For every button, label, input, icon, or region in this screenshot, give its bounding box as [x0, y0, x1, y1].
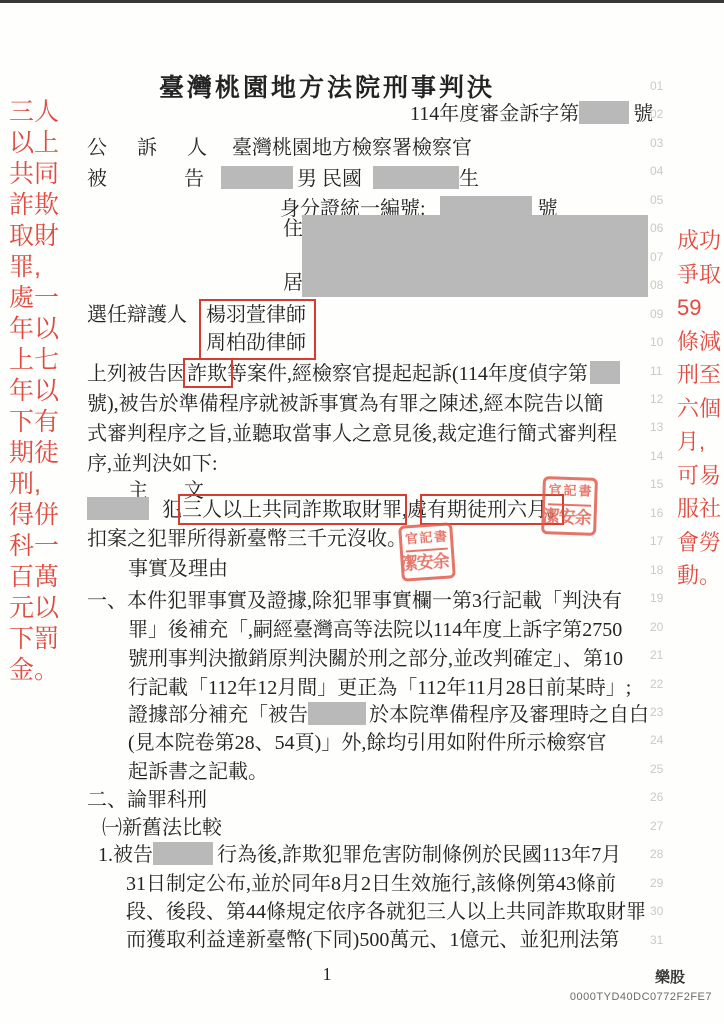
spacer: [207, 153, 232, 154]
text-segment: 證據部分補充「被告: [128, 702, 308, 729]
text-segment: 住: [283, 216, 303, 243]
body-line-14: 序,並判決如下:: [87, 451, 218, 478]
line-number: 31: [650, 926, 672, 954]
line-number: 30: [650, 897, 672, 925]
text-segment: 行記載「112年12月間」更正為「112年11月28日前某時」;: [128, 675, 631, 702]
text-segment: 臺灣桃園地方檢察署檢察官: [232, 135, 472, 162]
line-number: 18: [650, 556, 672, 584]
spacer: [149, 515, 162, 516]
line-number: 19: [650, 584, 672, 612]
text-segment: 式審判程序之旨,並聽取當事人之意見後,裁定進行簡式審判程: [87, 421, 617, 448]
text-segment: 訴: [137, 135, 157, 162]
text-segment: ㈠新舊法比較: [102, 815, 222, 842]
body-line-28: 1.被告行為後,詐欺犯罪危害防制條例於民國113年7月: [98, 842, 621, 869]
text-segment: 行為後,詐欺犯罪危害防制條例於民國113年7月: [217, 842, 621, 869]
spacer: [362, 184, 373, 185]
text-segment: 31日制定公布,並於同年8月2日生效施行,該條例第43條前: [126, 871, 616, 898]
scanned-judgment-page: 臺灣桃園地方法院刑事判決 114年度審金訴字第號公訴人臺灣桃園地方檢察署檢察官被…: [0, 0, 724, 1024]
body-line-27: ㈠新舊法比較: [102, 815, 222, 842]
text-segment: 民國: [322, 166, 362, 193]
body-line-03: 公訴人臺灣桃園地方檢察署檢察官: [87, 135, 472, 162]
stamp-name-seal: 余安潔: [547, 503, 591, 530]
body-line-19: 一、本件犯罪事實及證據,除犯罪事實欄一第3行記載「判決有: [87, 588, 622, 615]
body-line-26: 二、論罪科刑: [87, 787, 207, 814]
text-segment: 1.被告: [98, 842, 153, 869]
text-segment: 事實及理由: [128, 556, 228, 583]
line-number: 02: [650, 100, 672, 128]
stamp-title-text: 書記官: [548, 481, 592, 499]
highlight-box-fraud-charge: [183, 358, 233, 388]
spacer: [157, 153, 187, 154]
footer-document-code: 0000TYD40DC0772F2FE7: [0, 991, 712, 1003]
margin-annotation-right: 成功爭取59條減刑至六個月,可易服社會勞動。: [677, 224, 722, 593]
text-segment: 一、本件犯罪事實及證據,除犯罪事實欄一第3行記載「判決有: [87, 588, 622, 615]
body-line-04: 被告男民國生: [87, 166, 479, 193]
text-segment: 公: [87, 135, 107, 162]
stamp-char: 安: [558, 506, 575, 531]
line-number: 08: [650, 271, 672, 299]
line-number: 24: [650, 726, 672, 754]
line-number: 01: [650, 72, 672, 100]
body-line-02: 114年度審金訴字第號: [410, 101, 653, 128]
stamp-char: 書: [578, 482, 592, 499]
text-segment: 被: [87, 166, 107, 193]
stamp-char: 記: [419, 529, 433, 547]
text-segment: 號刑事判決撤銷原判決關於刑之部分,並改判確定」、第10: [128, 646, 623, 673]
clerk-stamp: 書記官 余安潔: [398, 522, 456, 582]
text-segment: (見本院卷第28、54頁)」外,餘均引用如附件所示檢察官: [128, 730, 606, 757]
line-number: 28: [650, 840, 672, 868]
body-line-31: 而獲取利益達新臺幣(下同)500萬元、1億元、並犯刑法第: [126, 927, 619, 954]
redaction-block: [579, 101, 629, 124]
line-number: 23: [650, 698, 672, 726]
body-line-18: 事實及理由: [128, 556, 228, 583]
scan-artifact-top-edge: [0, 0, 724, 3]
margin-annotation-left: 三人以上共同詐欺取財罪,處一年以上七年以下有期徒刑,得併科一百萬元以下罰金。: [9, 97, 62, 686]
body-line-20: 罪」後補充「,嗣經臺灣高等法院以114年度上訴字第2750: [128, 617, 622, 644]
stamp-char: 余: [574, 506, 591, 531]
redaction-block: [373, 166, 459, 189]
redaction-block: [221, 166, 293, 189]
text-segment: 號),被告於準備程序就被訴事實為有罪之陳述,經本院告以簡: [87, 391, 604, 418]
body-line-06: 住: [283, 216, 303, 243]
text-segment: 而獲取利益達新臺幣(下同)500萬元、1億元、並犯刑法第: [126, 927, 619, 954]
line-number: 22: [650, 670, 672, 698]
body-line-12: 號),被告於準備程序就被訴事實為有罪之陳述,經本院告以簡: [87, 391, 604, 418]
line-number: 10: [650, 328, 672, 356]
spacer: [107, 184, 184, 185]
redaction-block: [308, 702, 366, 725]
body-line-13: 式審判程序之旨,並聽取當事人之意見後,裁定進行簡式審判程: [87, 421, 617, 448]
line-number: 14: [650, 442, 672, 470]
line-number: 26: [650, 783, 672, 811]
stamp-char: 潔: [400, 552, 418, 577]
redaction-block: [153, 842, 213, 865]
redaction-block: [590, 361, 620, 384]
body-line-23: 證據部分補充「被告於本院準備程序及審理時之自白: [128, 702, 649, 729]
text-segment: 於本院準備程序及審理時之自白: [369, 702, 649, 729]
footer-page-number: 1: [0, 964, 654, 985]
text-segment: 114年度審金訴字第: [410, 101, 579, 128]
line-number: 12: [650, 385, 672, 413]
line-number: 13: [650, 413, 672, 441]
clerk-stamp: 書記官 余安潔: [541, 476, 598, 536]
stamp-char: 書: [433, 528, 447, 546]
text-segment: 序,並判決如下:: [87, 451, 218, 478]
line-number: 09: [650, 300, 672, 328]
text-segment: 居: [283, 270, 303, 297]
stamp-char: 潔: [542, 505, 559, 530]
line-number: 17: [650, 527, 672, 555]
document-title: 臺灣桃園地方法院刑事判決: [0, 68, 654, 104]
text-segment: 選任辯護人: [87, 302, 187, 329]
line-number-column: 0102030405060708091011121314151617181920…: [650, 72, 672, 954]
line-number: 25: [650, 755, 672, 783]
body-line-30: 段、後段、第44條規定依序各就犯三人以上共同詐欺取財罪: [126, 899, 646, 926]
body-line-25: 起訴書之記載。: [128, 759, 268, 786]
redaction-block-address: [302, 215, 648, 297]
stamp-char: 官: [404, 530, 418, 548]
text-segment: 生: [459, 166, 479, 193]
spacer: [107, 153, 137, 154]
body-line-24: (見本院卷第28、54頁)」外,餘均引用如附件所示檢察官: [128, 730, 606, 757]
line-number: 07: [650, 243, 672, 271]
body-line-08: 居: [283, 270, 303, 297]
text-segment: 告: [184, 166, 204, 193]
line-number: 11: [650, 357, 672, 385]
line-number: 04: [650, 157, 672, 185]
line-number: 29: [650, 869, 672, 897]
text-segment: 扣案之犯罪所得新臺幣三千元沒收。: [87, 526, 407, 553]
line-number: 21: [650, 641, 672, 669]
body-line-17: 扣案之犯罪所得新臺幣三千元沒收。: [87, 526, 407, 553]
footer-division-label: 樂股: [655, 966, 685, 987]
spacer: [204, 184, 221, 185]
body-line-29: 31日制定公布,並於同年8月2日生效施行,該條例第43條前: [126, 871, 616, 898]
line-number: 16: [650, 499, 672, 527]
line-number: 27: [650, 812, 672, 840]
text-segment: 段、後段、第44條規定依序各就犯三人以上共同詐欺取財罪: [126, 899, 646, 926]
line-number: 06: [650, 214, 672, 242]
stamp-char: 記: [563, 482, 577, 499]
line-number: 20: [650, 613, 672, 641]
redaction-block: [87, 497, 149, 520]
text-segment: 起訴書之記載。: [128, 759, 268, 786]
body-line-22: 行記載「112年12月間」更正為「112年11月28日前某時」;: [128, 675, 631, 702]
line-number: 05: [650, 186, 672, 214]
line-number: 15: [650, 470, 672, 498]
body-line-21: 號刑事判決撤銷原判決關於刑之部分,並改判確定」、第10: [128, 646, 623, 673]
stamp-title-text: 書記官: [404, 528, 447, 548]
highlight-box-defense-counsel: [199, 299, 316, 360]
text-segment: 男: [297, 166, 317, 193]
stamp-name-seal: 余安潔: [406, 548, 450, 577]
stamp-char: 官: [548, 481, 562, 498]
text-segment: 上列被告因詐欺等案件,經檢察官提起起訴(114年度偵字第: [87, 361, 588, 388]
highlight-box-offense: [178, 494, 407, 525]
text-segment: 人: [187, 135, 207, 162]
stamp-char: 余: [432, 550, 450, 575]
body-line-11: 上列被告因詐欺等案件,經檢察官提起起訴(114年度偵字第: [87, 361, 620, 388]
text-segment: 罪」後補充「,嗣經臺灣高等法院以114年度上訴字第2750: [128, 617, 622, 644]
line-number: 03: [650, 129, 672, 157]
text-segment: 二、論罪科刑: [87, 787, 207, 814]
stamp-char: 安: [416, 551, 434, 576]
